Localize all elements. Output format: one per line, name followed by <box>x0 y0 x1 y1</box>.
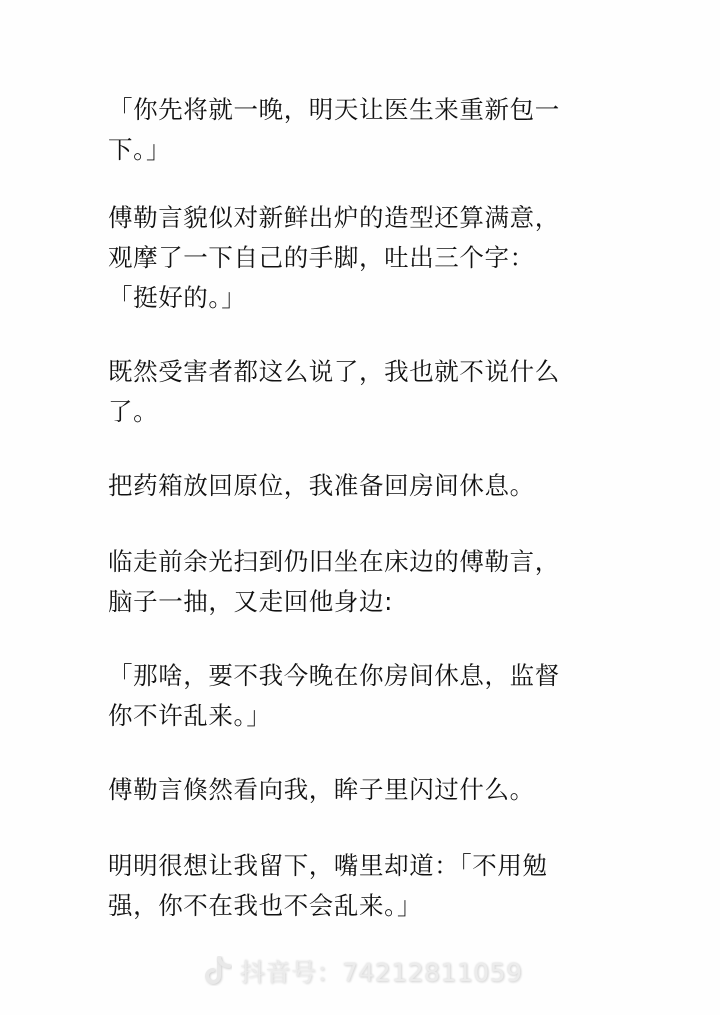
paragraph-3: 既然受害者都这么说了，我也就不说什么 了。 <box>108 352 613 432</box>
paragraph-8: 明明很想让我留下，嘴里却道：「不用勉 强，你不在我也不会乱来。」 <box>108 846 613 926</box>
watermark-label: 抖音号：74212811059 <box>240 953 522 989</box>
paragraph-2: 傅勒言貌似对新鲜出炉的造型还算满意， 观摩了一下自己的手脚，吐出三个字： 「挺好… <box>108 198 613 318</box>
watermark: 抖音号：74212811059 <box>204 953 522 989</box>
paragraph-6: 「那啥，要不我今晚在你房间休息，监督 你不许乱来。」 <box>108 656 613 736</box>
paragraph-7: 傅勒言倏然看向我，眸子里闪过什么。 <box>108 770 613 810</box>
tiktok-icon <box>204 956 232 986</box>
paragraph-4: 把药箱放回原位，我准备回房间休息。 <box>108 466 613 506</box>
document-page: 「你先将就一晚，明天让医生来重新包一 下。」 傅勒言貌似对新鲜出炉的造型还算满意… <box>0 0 720 1015</box>
paragraph-1: 「你先将就一晚，明天让医生来重新包一 下。」 <box>108 90 613 170</box>
paragraph-5: 临走前余光扫到仍旧坐在床边的傅勒言， 脑子一抽，又走回他身边: <box>108 542 613 622</box>
